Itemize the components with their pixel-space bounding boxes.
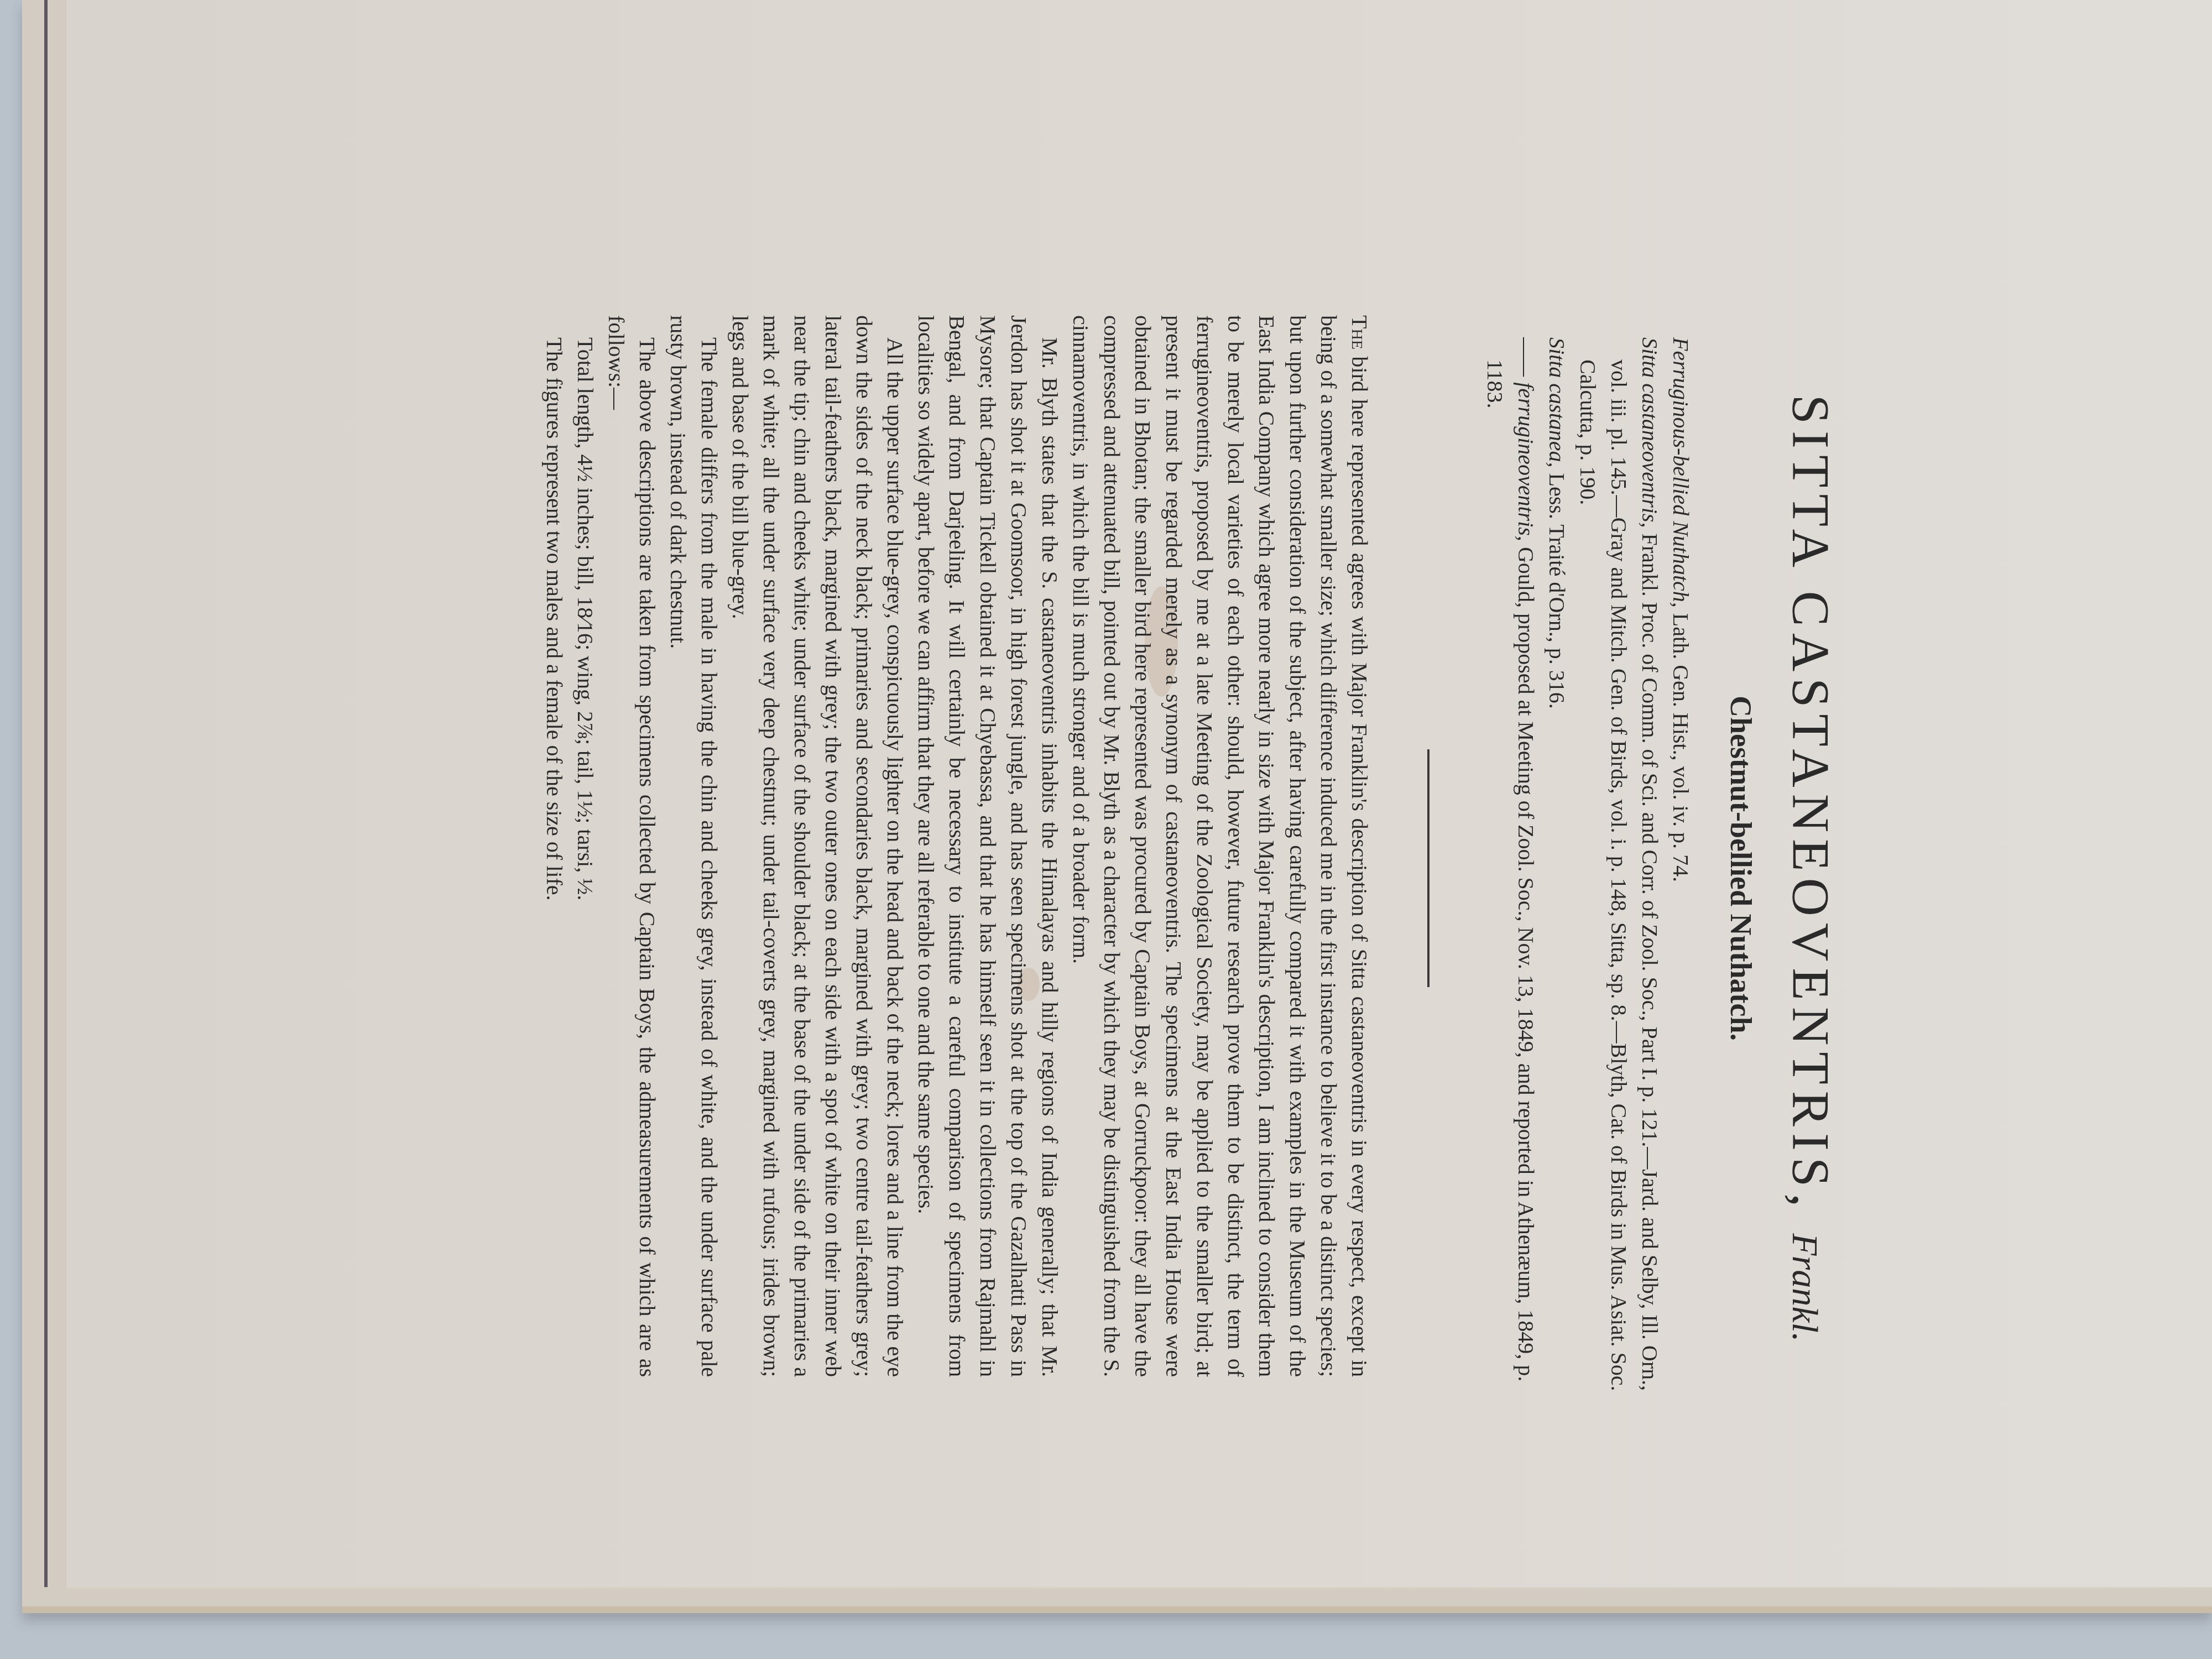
- paragraph: All the upper surface blue-grey, conspic…: [724, 315, 910, 1377]
- synonymy-entry: —— ferrugineoventris, Gould, proposed at…: [1479, 359, 1541, 1421]
- species-title: SITTA CASTANEOVENTRIS, Frankl.: [1780, 315, 1841, 1421]
- synonymy-list: Ferruginous-bellied Nuthatch, Lath. Gen.…: [1479, 315, 1696, 1421]
- paragraph: The above descriptions are taken from sp…: [601, 315, 662, 1377]
- paragraph: Mr. Blyth states that the S. castaneoven…: [910, 315, 1065, 1377]
- page-text-rotated: SITTA CASTANEOVENTRIS, Frankl. Chestnut-…: [570, 315, 1841, 1421]
- synonymy-entry: Sitta castaneoventris, Frankl. Proc. of …: [1572, 359, 1665, 1421]
- common-name: Chestnut-bellied Nuthatch.: [1724, 315, 1758, 1421]
- title-name: SITTA CASTANEOVENTRIS,: [1781, 395, 1840, 1214]
- section-divider: [1427, 749, 1430, 987]
- paragraph: The figures represent two males and a fe…: [539, 315, 570, 1377]
- synonymy-entry: Sitta castanea, Less. Traité d'Orn., p. …: [1541, 359, 1572, 1421]
- paragraph: The bird here represented agrees with Ma…: [1065, 315, 1375, 1377]
- measurements: Total length, 4½ inches; bill, 18⁄16; wi…: [570, 315, 601, 1377]
- synonymy-entry: Ferruginous-bellied Nuthatch, Lath. Gen.…: [1665, 359, 1696, 1421]
- paragraph: The female differs from the male in havi…: [662, 315, 724, 1377]
- title-authority: Frankl.: [1785, 1233, 1825, 1342]
- body-text: The bird here represented agrees with Ma…: [539, 315, 1375, 1377]
- book-spine: [44, 0, 48, 1587]
